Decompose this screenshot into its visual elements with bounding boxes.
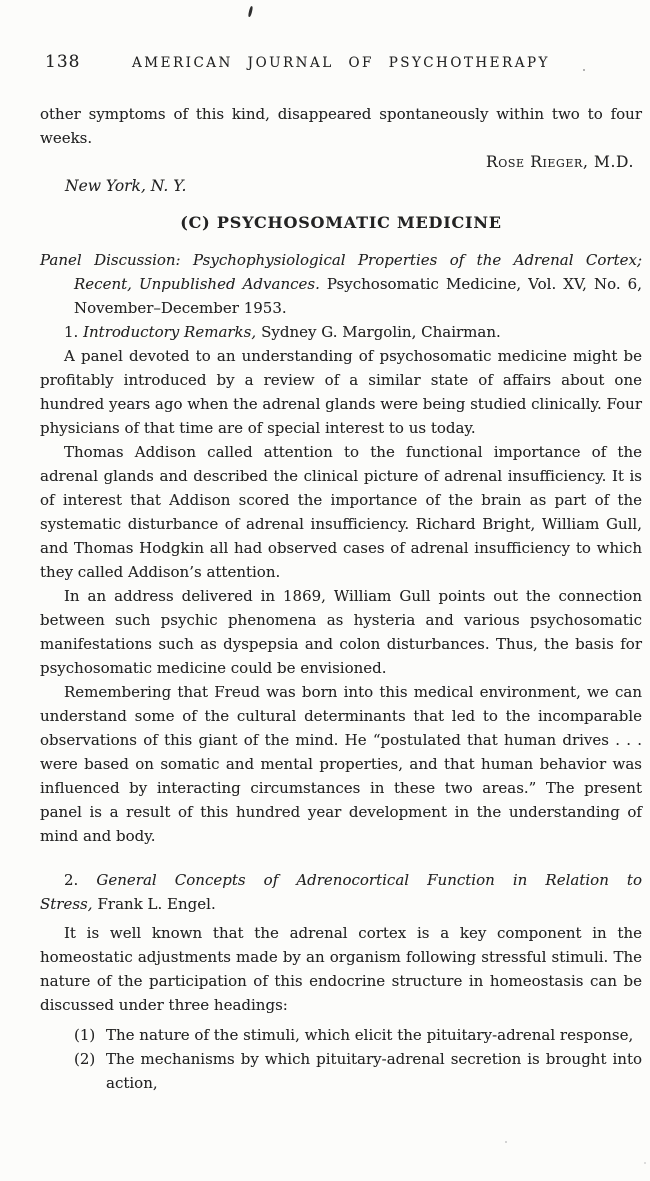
item-2-heading: 2. General Concepts of Adrenocortical Fu… (40, 868, 642, 916)
author-signature: Rose Rieger, M.D. (40, 150, 634, 174)
text-column: 138 AMERICAN JOURNAL OF PSYCHOTHERAPY ot… (0, 52, 650, 1095)
item-1-heading: 1. Introductory Remarks,Sydney G. Margol… (40, 320, 642, 344)
item-2-paragraph: It is well known that the adrenal cortex… (40, 921, 642, 1017)
stray-ink-mark (248, 6, 253, 17)
journal-title: AMERICAN JOURNAL OF PSYCHOTHERAPY (40, 55, 642, 71)
item-2-number: 2. (64, 871, 78, 889)
numbered-list: (1) The nature of the stimuli, which eli… (40, 1023, 642, 1095)
list-item-text: The mechanisms by which pituitary-adrena… (106, 1050, 642, 1092)
item-1-title: Introductory Remarks, (83, 323, 256, 341)
list-item: (1) The nature of the stimuli, which eli… (40, 1023, 642, 1047)
list-item-text: The nature of the stimuli, which elicit … (106, 1026, 633, 1044)
panel-reference: Panel Discussion: Psychophysiological Pr… (40, 248, 642, 320)
scan-speck (644, 1162, 646, 1164)
item-1-byline: Sydney G. Margolin, Chairman. (261, 323, 501, 341)
item-1-paragraph: In an address delivered in 1869, William… (40, 584, 642, 680)
section-heading: (C) PSYCHOSOMATIC MEDICINE (40, 211, 642, 235)
scanned-journal-page: 138 AMERICAN JOURNAL OF PSYCHOTHERAPY ot… (0, 0, 650, 1181)
item-1-paragraph: Thomas Addison called attention to the f… (40, 440, 642, 584)
previous-abstract-continuation: other symptoms of this kind, disappeared… (40, 102, 642, 150)
running-head: 138 AMERICAN JOURNAL OF PSYCHOTHERAPY (40, 52, 642, 76)
item-1-number: 1. (64, 323, 78, 341)
author-location: New York, N. Y. (40, 174, 642, 198)
list-item-marker: (1) (74, 1023, 95, 1047)
item-1-paragraph: A panel devoted to an understanding of p… (40, 344, 642, 440)
item-1-paragraph: Remembering that Freud was born into thi… (40, 680, 642, 848)
scan-speck (505, 1141, 507, 1143)
list-item-marker: (2) (74, 1047, 95, 1071)
item-2-byline: Frank L. Engel. (98, 895, 216, 913)
list-item: (2) The mechanisms by which pituitary-ad… (40, 1047, 642, 1095)
